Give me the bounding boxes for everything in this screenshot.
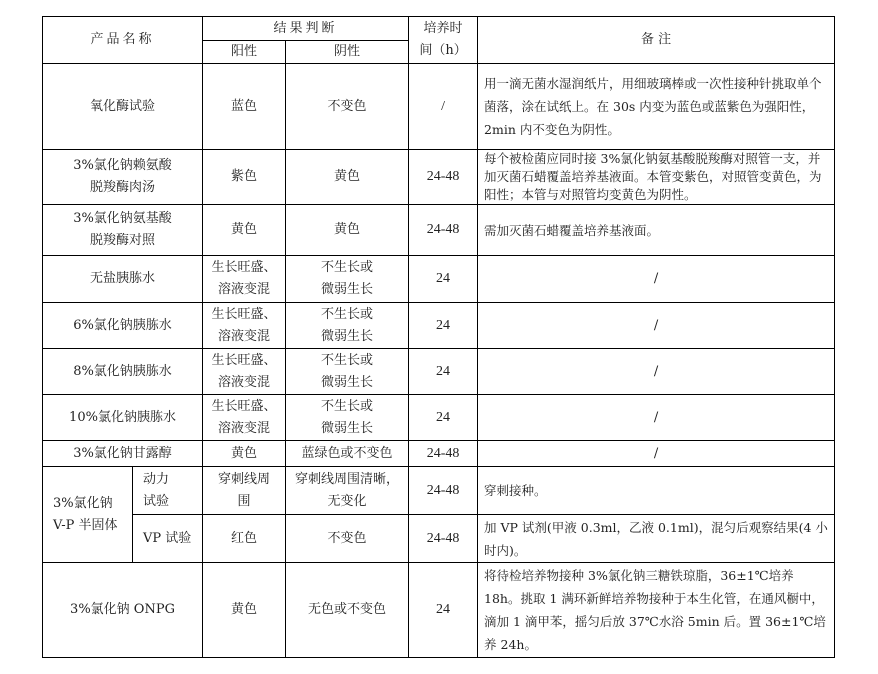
incubation-time: 24-48 [409,515,478,563]
incubation-time: 24-48 [409,150,478,205]
header-product-name: 产品名称 [43,17,203,64]
negative-result: 不生长或 微弱生长 [286,256,409,303]
table-row: 氧化酶试验 蓝色 不变色 / 用一滴无菌水湿润纸片，用细玻璃棒或一次性接种针挑取… [43,64,835,150]
table-row-vp-test: VP 试验 红色 不变色 24-48 加 VP 试剂(甲液 0.3ml，乙液 0… [43,515,835,563]
incubation-time: 24 [409,303,478,349]
notes: 每个被检菌应同时接 3%氯化钠氨基酸脱羧酶对照管一支，并加灭菌石蜡覆盖培养基液面… [478,150,835,205]
product-name: 10%氯化钠胰胨水 [43,395,203,441]
notes: 加 VP 试剂(甲液 0.3ml，乙液 0.1ml)，混匀后观察结果(4 小时内… [478,515,835,563]
negative-result: 黄色 [286,150,409,205]
negative-result: 穿刺线周围清晰， 无变化 [286,467,409,515]
header-positive: 阳性 [203,41,286,64]
product-name: 3%氯化钠 ONPG [43,563,203,658]
table-row: 无盐胰胨水 生长旺盛、 溶液变混 不生长或 微弱生长 24 / [43,256,835,303]
negative-result: 不生长或 微弱生长 [286,349,409,395]
table-row: 3%氯化钠赖氨酸 脱羧酶肉汤 紫色 黄色 24-48 每个被检菌应同时接 3%氯… [43,150,835,205]
notes: / [478,395,835,441]
incubation-time: 24 [409,349,478,395]
negative-result: 无色或不变色 [286,563,409,658]
table-row-vp-motility: 3%氯化钠 V-P 半固体 动力 试验 穿刺线周 围 穿刺线周围清晰， 无变化 … [43,467,835,515]
incubation-time: 24 [409,563,478,658]
table-row: 6%氯化钠胰胨水 生长旺盛、 溶液变混 不生长或 微弱生长 24 / [43,303,835,349]
product-name: 6%氯化钠胰胨水 [43,303,203,349]
notes: / [478,441,835,467]
notes: / [478,349,835,395]
negative-result: 不生长或 微弱生长 [286,303,409,349]
positive-result: 紫色 [203,150,286,205]
notes: / [478,303,835,349]
notes: 将待检培养物接种 3%氯化钠三糖铁琼脂，36±1℃培养 18h。挑取 1 满环新… [478,563,835,658]
table-row: 8%氯化钠胰胨水 生长旺盛、 溶液变混 不生长或 微弱生长 24 / [43,349,835,395]
positive-result: 生长旺盛、 溶液变混 [203,256,286,303]
positive-result: 蓝色 [203,64,286,150]
positive-result: 穿刺线周 围 [203,467,286,515]
incubation-time: 24-48 [409,467,478,515]
notes: 穿刺接种。 [478,467,835,515]
positive-result: 生长旺盛、 溶液变混 [203,349,286,395]
product-name: 氧化酶试验 [43,64,203,150]
table-row: 3%氯化钠甘露醇 黄色 蓝绿色或不变色 24-48 / [43,441,835,467]
table-row-onpg: 3%氯化钠 ONPG 黄色 无色或不变色 24 将待检培养物接种 3%氯化钠三糖… [43,563,835,658]
product-name: 3%氯化钠氨基酸 脱羧酶对照 [43,205,203,256]
header-incubation-time: 培养时 间（h） [409,17,478,64]
header-negative: 阴性 [286,41,409,64]
biochemical-test-table: 产品名称 结果判断 培养时 间（h） 备 注 阳性 阴性 氧化酶试验 蓝色 不变… [42,16,835,658]
positive-result: 黄色 [203,563,286,658]
product-name: 无盐胰胨水 [43,256,203,303]
product-name: 8%氯化钠胰胨水 [43,349,203,395]
negative-result: 不变色 [286,64,409,150]
incubation-time: 24 [409,256,478,303]
notes: 需加灭菌石蜡覆盖培养基液面。 [478,205,835,256]
positive-result: 生长旺盛、 溶液变混 [203,395,286,441]
incubation-time: 24-48 [409,205,478,256]
sub-test-name: VP 试验 [133,515,203,563]
sub-test-name: 动力 试验 [133,467,203,515]
negative-result: 蓝绿色或不变色 [286,441,409,467]
table-row: 10%氯化钠胰胨水 生长旺盛、 溶液变混 不生长或 微弱生长 24 / [43,395,835,441]
header-result-judgment: 结果判断 [203,17,409,41]
header-notes: 备 注 [478,17,835,64]
negative-result: 不变色 [286,515,409,563]
table-row: 3%氯化钠氨基酸 脱羧酶对照 黄色 黄色 24-48 需加灭菌石蜡覆盖培养基液面… [43,205,835,256]
positive-result: 生长旺盛、 溶液变混 [203,303,286,349]
incubation-time: 24 [409,395,478,441]
product-name: 3%氯化钠甘露醇 [43,441,203,467]
negative-result: 黄色 [286,205,409,256]
notes: 用一滴无菌水湿润纸片，用细玻璃棒或一次性接种针挑取单个菌落，涂在试纸上。在 30… [478,64,835,150]
negative-result: 不生长或 微弱生长 [286,395,409,441]
incubation-time: / [409,64,478,150]
notes: / [478,256,835,303]
product-name: 3%氯化钠 V-P 半固体 [43,467,133,563]
positive-result: 红色 [203,515,286,563]
product-name: 3%氯化钠赖氨酸 脱羧酶肉汤 [43,150,203,205]
positive-result: 黄色 [203,205,286,256]
incubation-time: 24-48 [409,441,478,467]
positive-result: 黄色 [203,441,286,467]
